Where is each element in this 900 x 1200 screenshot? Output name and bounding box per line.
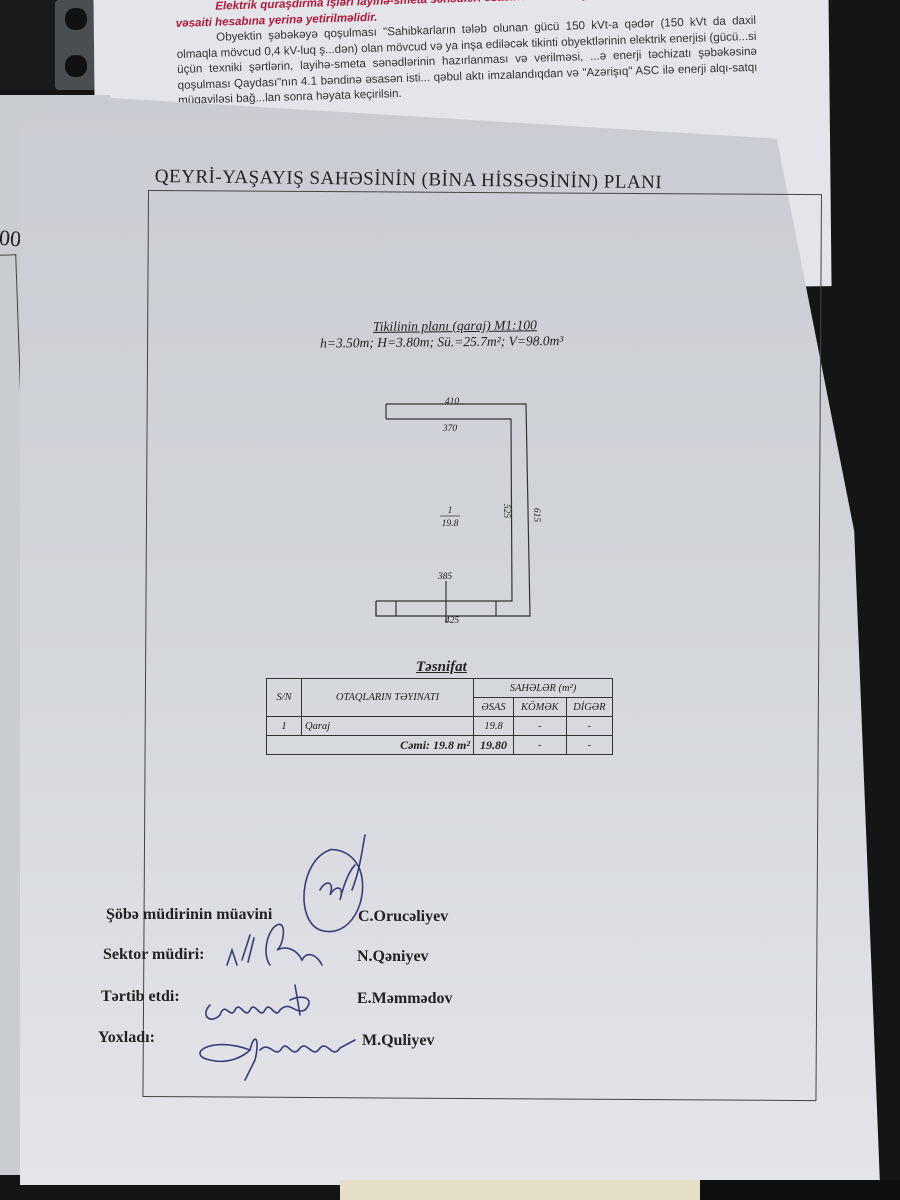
cell-purpose: Qaraj bbox=[302, 717, 474, 736]
dim-inner-bottom: 385 bbox=[437, 572, 453, 582]
signature-name-checked-by: M.Quliyev bbox=[362, 1032, 434, 1050]
classification-table: S/N OTAQLARIN TƏYINATI SAHƏLƏR (m²) ƏSAS… bbox=[266, 678, 613, 755]
total-auxiliary: - bbox=[514, 736, 567, 755]
handwritten-signature-4 bbox=[190, 1020, 360, 1085]
header-other: DİGƏR bbox=[566, 698, 612, 717]
cell-main: 19.8 bbox=[474, 717, 514, 736]
background-document-text: Elektrik quraşdırma işləri layihə-smeta … bbox=[175, 0, 758, 108]
header-areas: SAHƏLƏR (m²) bbox=[474, 679, 613, 698]
signature-name-compiled-by: E.Məmmədov bbox=[357, 990, 453, 1008]
header-main: ƏSAS bbox=[474, 698, 514, 717]
cell-sn: 1 bbox=[267, 717, 302, 736]
room-number: 1 bbox=[448, 506, 453, 516]
total-label: Cəmi: 19.8 m² bbox=[267, 736, 474, 755]
total-other: - bbox=[566, 736, 612, 755]
handwritten-signature-2 bbox=[222, 920, 332, 980]
signature-name-sector-head: N.Qəniyev bbox=[357, 948, 429, 966]
plan-caption: Tikilinin planı (qaraj) M1:100 h=3.50m; … bbox=[320, 316, 620, 351]
dim-outer-top: 410 bbox=[445, 397, 460, 407]
left-scale-label: :500 bbox=[0, 224, 22, 253]
signature-role-sector-head: Sektor müdiri: bbox=[103, 946, 204, 964]
buckle-slot bbox=[65, 55, 87, 77]
cell-auxiliary: - bbox=[514, 717, 567, 736]
floor-plan: 410 370 1 19.8 525 615 385 425 bbox=[374, 401, 534, 626]
buckle-slot bbox=[65, 8, 87, 30]
plan-caption-dimensions: h=3.50m; H=3.80m; Sü.=25.7m²; V=98.0m³ bbox=[320, 332, 620, 351]
room-area: 19.8 bbox=[442, 519, 459, 529]
total-main: 19.80 bbox=[474, 736, 514, 755]
signature-role-checked-by: Yoxladı: bbox=[98, 1029, 155, 1047]
signature-role-compiled-by: Tərtib etdi: bbox=[101, 988, 180, 1006]
dim-inner-side: 525 bbox=[501, 504, 511, 519]
table-header-row: S/N OTAQLARIN TƏYINATI SAHƏLƏR (m²) bbox=[267, 679, 613, 698]
header-purpose: OTAQLARIN TƏYINATI bbox=[302, 679, 474, 717]
header-sn: S/N bbox=[267, 679, 302, 717]
dim-outer-side: 615 bbox=[531, 508, 541, 523]
cell-other: - bbox=[566, 717, 612, 736]
dim-inner-top: 370 bbox=[442, 424, 458, 434]
background-paper-bottom bbox=[340, 1180, 700, 1200]
table-row: 1 Qaraj 19.8 - - bbox=[267, 717, 613, 736]
table-total-row: Cəmi: 19.8 m² 19.80 - - bbox=[267, 736, 613, 755]
table-title: Təsnifat bbox=[416, 659, 467, 676]
dim-outer-bottom: 425 bbox=[445, 616, 460, 626]
background-dark-bottom bbox=[700, 1180, 900, 1200]
header-auxiliary: KÖMƏK bbox=[514, 698, 567, 717]
